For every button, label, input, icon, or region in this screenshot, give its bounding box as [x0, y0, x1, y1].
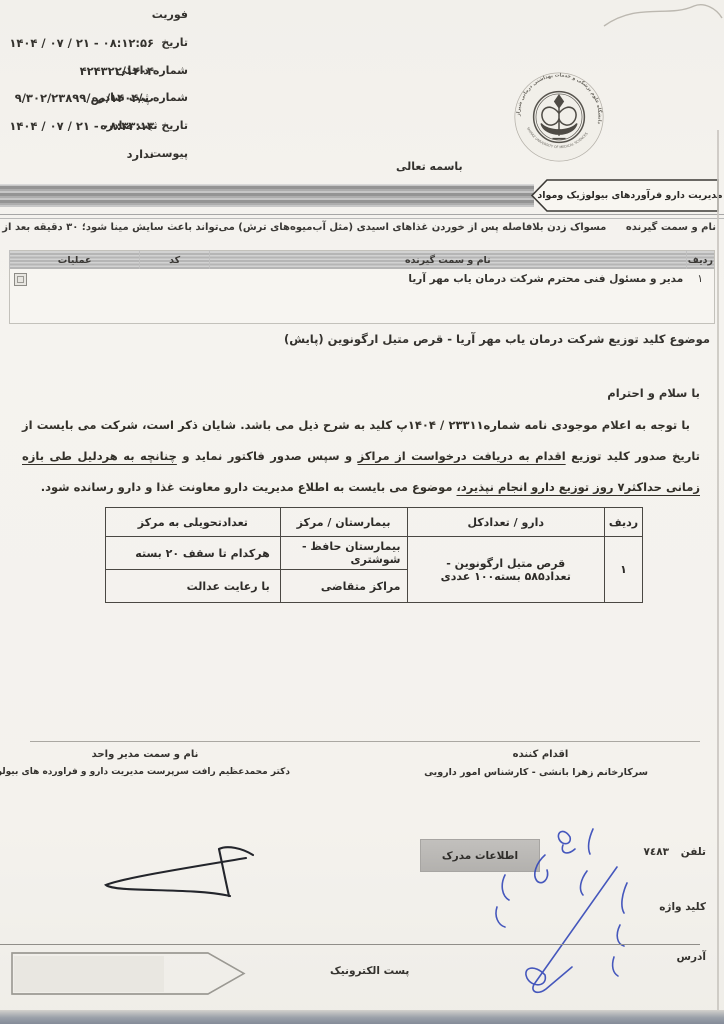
recipients-table-header: ردیف نام و سمت گیرنده کد عملیات	[10, 251, 715, 270]
unit-manager-block: نام و سمت مدیر واحد دکتر محمدعظیم رافت س…	[0, 749, 290, 777]
delivered-cell: با رعایت عدالت	[106, 570, 281, 603]
body-paragraph: با توجه به اعلام موجودی نامه شماره۲۳۳۱۱ …	[22, 410, 700, 503]
action-taker-name: سرکارخانم زهرا بانشی - کارشناس امور دارو…	[433, 767, 648, 778]
recipient-line: نام و سمت گیرنده مسواک زدن بلافاصله پس ا…	[0, 222, 716, 233]
scanned-letter-page: فوریت تاریخ ۱۴۰۴ / ۰۷ / ۲۱ - ۰۸:۱۲:۵۶ شم…	[0, 0, 724, 1024]
university-seal: دانشگاه علوم پزشکی و خدمات بهداشتی درمان…	[512, 70, 606, 164]
phone-value: ٧٤٨٣	[643, 846, 669, 858]
health-tip-text: مسواک زدن بلافاصله پس از خوردن غذاهای اس…	[0, 222, 606, 233]
action-taker-block: اقدام کننده سرکارخانم زهرا بانشی - کارشن…	[433, 749, 648, 778]
unit-manager-name: دکتر محمدعظیم رافت سرپرست مدیریت دارو و …	[0, 767, 290, 777]
body-part3: موضوع می بایست به اطلاع مدیریت دارو معاو…	[41, 480, 457, 494]
center-cell: مراکز متقاضی	[280, 570, 407, 603]
recipient-label: نام و سمت گیرنده	[626, 222, 716, 233]
attachment-label: پیوست	[150, 147, 188, 160]
distribution-table: ردیف دارو / تعدادکل بیمارستان / مرکز تعد…	[105, 507, 643, 603]
signature-divider	[30, 741, 700, 742]
dist-col-center-header: بیمارستان / مرکز	[280, 508, 407, 537]
col-code-header: کد	[140, 251, 210, 270]
date-value: ۱۴۰۴ / ۰۷ / ۲۱ - ۰۸:۱۲:۵۶	[9, 36, 154, 50]
subject-label: موضوع	[669, 332, 710, 346]
row-index: ۱	[686, 269, 714, 323]
university-seal-graphic: دانشگاه علوم پزشکی و خدمات بهداشتی درمان…	[512, 70, 606, 164]
col-operations-header: عملیات	[10, 251, 140, 270]
unit-manager-label: نام و سمت مدیر واحد	[0, 749, 290, 760]
footer-divider	[0, 944, 700, 945]
email-field-box	[10, 950, 248, 997]
keyword-label: کلید واژه	[659, 901, 706, 913]
scan-edge-bottom	[0, 1010, 724, 1024]
handwritten-blue-note	[475, 815, 645, 1000]
dist-row-index: ۱	[605, 537, 643, 603]
recipient-code	[140, 269, 210, 323]
body-underlined-1: اقدام به دریافت درخواست از مراکز	[358, 449, 566, 463]
scan-edge-right	[717, 130, 719, 1010]
action-taker-label: اقدام کننده	[433, 749, 648, 760]
table-row: ۱ مدیر و مسئول فنی محترم شرکت درمان یاب …	[10, 269, 715, 323]
document-icon[interactable]	[14, 273, 27, 286]
urgency-label: فوریت	[152, 8, 188, 21]
department-banner-label: مدیریت دارو فرآوردهای بیولوژیک ومواد	[530, 178, 720, 213]
date-label: تاریخ	[161, 36, 188, 49]
phone-label: تلفن	[681, 846, 706, 858]
col-name-header: نام و سمت گیرنده	[209, 251, 686, 270]
col-row-header: ردیف	[686, 251, 714, 270]
dist-col-delivered-header: تعدادتحویلی به مرکز	[106, 508, 281, 537]
drug-name: قرص متیل ارگونوین -	[409, 557, 604, 570]
distribution-table-header: ردیف دارو / تعدادکل بیمارستان / مرکز تعد…	[106, 508, 643, 537]
department-banner: مدیریت دارو فرآوردهای بیولوژیک ومواد	[530, 178, 720, 213]
recipients-table: ردیف نام و سمت گیرنده کد عملیات ۱ مدیر و…	[9, 250, 715, 324]
center-cell: بیمارستان حافظ - شوشتری	[280, 537, 407, 570]
subject-text: کلید توزیع شرکت درمان یاب مهر آریا - قرص…	[284, 332, 666, 346]
subject-line: موضوع کلید توزیع شرکت درمان یاب مهر آریا…	[284, 332, 710, 346]
banner-bar	[0, 184, 534, 207]
dist-col-row-header: ردیف	[605, 508, 643, 537]
greeting: با سلام و احترام	[607, 386, 700, 400]
internal-no-value: ۴۲۴۳۲۲/۱۴۰۴	[80, 64, 154, 78]
divider-double-line	[0, 214, 724, 219]
scan-artifact-curve	[598, 0, 724, 30]
email-label: پست الکترونیک	[330, 965, 409, 977]
address-label: آدرس	[676, 951, 706, 963]
recipient-name: مدیر و مسئول فنی محترم شرکت درمان یاب مه…	[209, 269, 686, 323]
issued-no-value: ۹/۳۰۲/۲۳۸۹۹/پ/۱۴۰۴/ص	[15, 91, 154, 105]
dist-col-drug-header: دارو / تعدادکل	[407, 508, 605, 537]
attachment-value: ندارد	[127, 147, 154, 161]
drug-count: تعداد۵۸۵ بسته۱۰۰ عددی	[409, 570, 604, 583]
handwritten-signature	[88, 835, 273, 910]
distribution-row-1: ۱ قرص متیل ارگونوین - تعداد۵۸۵ بسته۱۰۰ ع…	[106, 537, 643, 570]
delivered-cell: هرکدام تا سقف ۲۰ بسته	[106, 537, 281, 570]
bismillah-text: باسمه تعالی	[396, 160, 463, 173]
phone-line: تلفن ٧٤٨٣	[643, 846, 706, 858]
issued-date-value: ۱۴۰۴ / ۰۷ / ۲۱ - ۰۸:۳۳:۱۳	[9, 119, 154, 133]
body-part2: و سپس صدور فاکتور نماید و	[177, 449, 358, 463]
